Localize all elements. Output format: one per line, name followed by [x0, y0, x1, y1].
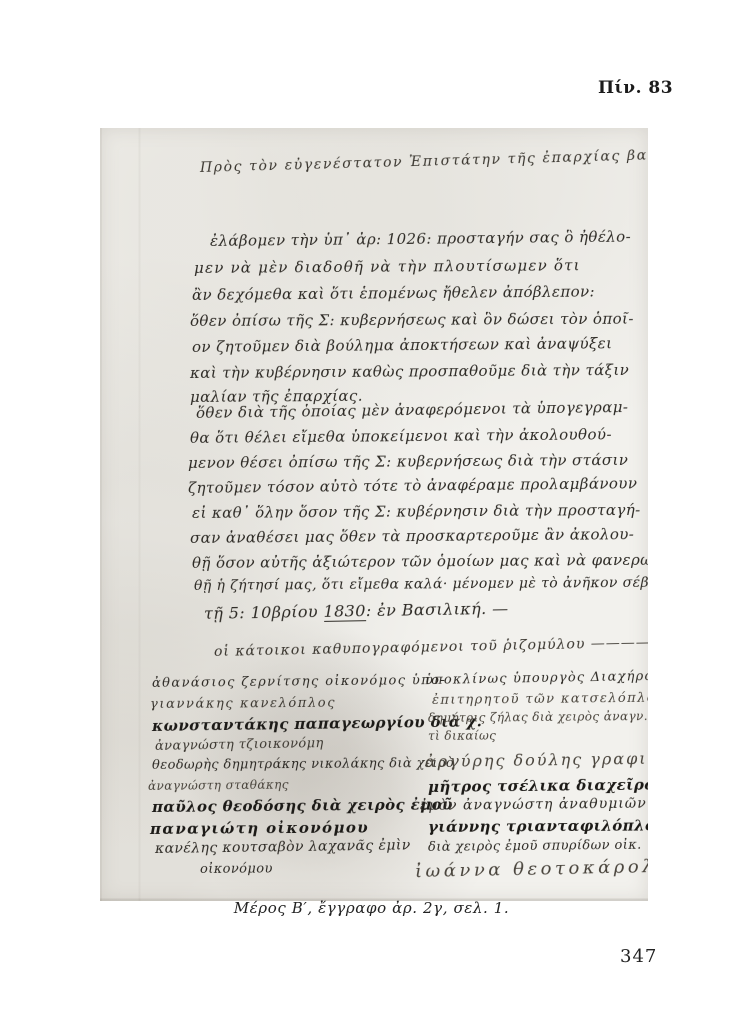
signature: μῆτρος τσέλικα διαχεῖρος [428, 776, 648, 796]
signature: ὑποκλίνως ὑπουργὸς Διαχήρου [425, 669, 648, 688]
signature: κανέλης κουτσαβὸν λαχανᾶς ἐμὶν [155, 837, 411, 857]
date-prefix: τῇ 5: 10βρίου [204, 602, 324, 623]
signature: ἐμὸν ἀναγνώστη ἀναθυμιῶν [420, 796, 647, 814]
figure-caption: Μέρος Β′, ἔγγραφο ἀρ. 2γ, σελ. 1. [0, 899, 743, 917]
manuscript-line: μενον θέσει ὀπίσω τῆς Σ: κυβερνήσεως διὰ… [188, 451, 628, 472]
signature: ἀργύρης δούλης γραφιόδης [425, 748, 648, 771]
signature: ἀναγνώστη σταθάκης [148, 778, 289, 793]
signature: οἰκονόμου [200, 861, 273, 877]
manuscript-line: σαν ἀναθέσει μας ὅθεν τὰ προσκαρτεροῦμε … [190, 525, 634, 547]
manuscript-line: ον ζητοῦμεν διὰ βούλημα ἀποκτήσεων καὶ ἀ… [192, 334, 613, 356]
signature: ἀναγνώστη τζιοικονόμη [155, 736, 324, 754]
signature: ἐπιτηρητοῦ τῶν κατσελόπλου [432, 691, 648, 708]
signature: διὰ χειρὸς ἐμοῦ σπυρίδων οἰκ. [428, 838, 642, 855]
manuscript-line: ἂν δεχόμεθα καὶ ὅτι ἑπομένως ἤθελεν ἀπόβ… [192, 282, 595, 304]
manuscript-line: εἰ καθ᾽ ὅλην ὅσον τῆς Σ: κυβέρνησιν διὰ … [192, 501, 641, 522]
signature: παναγιώτη οἰκονόμου [150, 818, 369, 838]
manuscript-line: ζητοῦμεν τόσον αὐτὸ τότε τὸ ἀναφέραμε πρ… [188, 474, 638, 497]
manuscript-line: θα ὅτι θέλει εἴμεθα ὑποκείμενοι καὶ τὴν … [190, 425, 612, 447]
signature: δημήτρις ζήλας διὰ χειρὸς ἀναγν. [428, 709, 648, 725]
date-year: 1830 [323, 601, 366, 622]
signature: θεοδωρὴς δημητράκης νικολάκης διὰ χειρὸ [152, 756, 454, 773]
manuscript-line: ἐλάβομεν τὴν ὑπ᾽ ἀρ: 1026: προσταγήν σας… [210, 228, 631, 250]
manuscript-date-line: τῇ 5: 10βρίου 1830: ἐν Βασιλική. — [204, 599, 509, 623]
manuscript-heading: Πρὸς τὸν εὐγενέστατον Ἐπιστάτην τῆς ἐπαρ… [200, 145, 648, 176]
manuscript-line: θῇ ἡ ζήτησί μας, ὅτι εἴμεθα καλά· μένομε… [194, 575, 648, 594]
manuscript-line: θῇ ὅσον αὐτῆς ἀξιώτερον τῶν ὁμοίων μας κ… [192, 551, 648, 572]
signature: παῦλος θεοδόσης διὰ χειρὸς ἐμοῦ [152, 795, 453, 816]
book-page: Πίν. 83 Πρὸς τὸν εὐγενέστατον Ἐπιστάτην … [0, 0, 743, 1027]
manuscript-scan: Πρὸς τὸν εὐγενέστατον Ἐπιστάτην τῆς ἐπαρ… [100, 128, 648, 901]
signature: γιάννης τριανταφιλόπλος [428, 816, 648, 836]
plate-label: Πίν. 83 [598, 78, 673, 98]
signature: γιαννάκης κανελόπλος [150, 696, 336, 712]
signature: ἰωάννα θεοτοκάρολος [415, 855, 648, 882]
date-suffix: : ἐν Βασιλική. — [366, 599, 509, 620]
page-number: 347 [620, 946, 657, 967]
signature: ἀθανάσιος ζερνίτσης οἰκονόμος ὑπο- [152, 673, 446, 691]
manuscript-subscription: οἱ κάτοικοι καθυπογραφόμενοι τοῦ ῥιζομύλ… [214, 635, 648, 660]
manuscript-line: ὅθεν ὀπίσω τῆς Σ: κυβερνήσεως καὶ ὃν δώσ… [190, 310, 634, 330]
manuscript-line: μεν νὰ μὲν διαδοθῆ νὰ τὴν πλουτίσωμεν ὅτ… [194, 256, 581, 277]
manuscript-line: καὶ τὴν κυβέρνησιν καθὼς προσπαθοῦμε διὰ… [190, 361, 629, 382]
signature: τὶ δικαίως [428, 729, 496, 743]
